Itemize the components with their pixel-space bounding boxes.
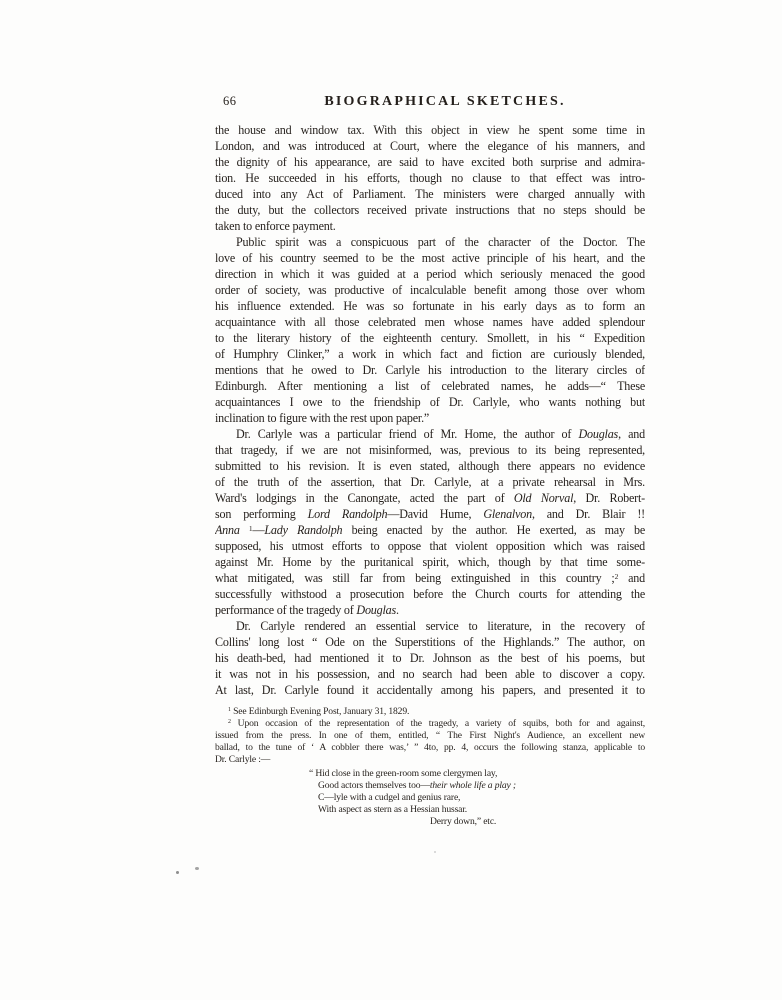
text-line: issued from the press. In one of them, e… xyxy=(215,730,645,742)
footnote-verse: “ Hid close in the green-room some clerg… xyxy=(215,768,645,828)
text-line: successfully withstood a prosecution bef… xyxy=(215,586,645,602)
text-line: of Humphry Clinker,” a work in which fac… xyxy=(215,346,645,362)
text-line: of the truth of the assertion, that Dr. … xyxy=(215,474,645,490)
running-title: BIOGRAPHICAL SKETCHES. xyxy=(230,94,660,110)
text-line: taken to enforce payment. xyxy=(215,218,645,234)
text-line: Dr. Carlyle was a particular friend of M… xyxy=(215,426,645,442)
text-line: order of society, was productive of inca… xyxy=(215,282,645,298)
paragraph-public-spirit: Public spirit was a conspicuous part of … xyxy=(215,234,645,426)
text-line: 1 See Edinburgh Evening Post, January 31… xyxy=(215,706,645,718)
text-line: supposed, his utmost efforts to oppose t… xyxy=(215,538,645,554)
text-line: Dr. Carlyle rendered an essential servic… xyxy=(215,618,645,634)
text-line: acquaintances I owe to the friendship of… xyxy=(215,394,645,410)
scan-speck xyxy=(434,851,436,853)
text-line: With aspect as stern as a Hessian hussar… xyxy=(318,804,645,816)
text-line: that tragedy, if we are not misinformed,… xyxy=(215,442,645,458)
verse-lines: “ Hid close in the green-room some clerg… xyxy=(215,768,645,816)
paragraph-home-douglas: Dr. Carlyle was a particular friend of M… xyxy=(215,426,645,618)
text-line: Public spirit was a conspicuous part of … xyxy=(215,234,645,250)
running-header: 66 BIOGRAPHICAL SKETCHES. xyxy=(215,94,645,110)
text-line: Collins' long lost “ Ode on the Supersti… xyxy=(215,634,645,650)
verse-refrain: Derry down,” etc. xyxy=(430,816,645,828)
text-line: son performing Lord Randolph—David Hume,… xyxy=(215,506,645,522)
text-line: his influence extended. He was so fortun… xyxy=(215,298,645,314)
footnotes-section: 1 See Edinburgh Evening Post, January 31… xyxy=(215,706,645,828)
text-line: love of his country seemed to be the mos… xyxy=(215,250,645,266)
paragraph-house-window-tax: the house and window tax. With this obje… xyxy=(215,122,645,234)
text-line: tion. He succeeded in his efforts, thoug… xyxy=(215,170,645,186)
text-line: performance of the tragedy of Douglas. xyxy=(215,602,645,618)
text-line: direction in which it was guided at a pe… xyxy=(215,266,645,282)
text-line: submitted to his revision. It is even st… xyxy=(215,458,645,474)
book-page: 66 BIOGRAPHICAL SKETCHES. the house and … xyxy=(0,0,782,1000)
footnote-1: 1 See Edinburgh Evening Post, January 31… xyxy=(215,706,645,718)
text-line: London, and was introduced at Court, whe… xyxy=(215,138,645,154)
text-line: mentions that he owed to Dr. Carlyle his… xyxy=(215,362,645,378)
text-line: duced into any Act of Parliament. The mi… xyxy=(215,186,645,202)
text-line: against Mr. Home by the puritanical spir… xyxy=(215,554,645,570)
text-line: acquaintance with all those celebrated m… xyxy=(215,314,645,330)
text-line: to the literary history of the eighteent… xyxy=(215,330,645,346)
text-line: Anna 1—Lady Randolph being enacted by th… xyxy=(215,522,645,538)
text-line: Dr. Carlyle :— xyxy=(215,754,645,766)
text-line: inclination to figure with the rest upon… xyxy=(215,410,645,426)
paragraph-collins-ode: Dr. Carlyle rendered an essential servic… xyxy=(215,618,645,698)
text-line: his death-bed, had mentioned it to Dr. J… xyxy=(215,650,645,666)
text-line: ballad, to the tune of ‘ A cobbler there… xyxy=(215,742,645,754)
text-line: 2 Upon occasion of the representation of… xyxy=(215,718,645,730)
text-line: Good actors themselves too—their whole l… xyxy=(318,780,645,792)
text-line: Ward's lodgings in the Canongate, acted … xyxy=(215,490,645,506)
text-line: what mitigated, was still far from being… xyxy=(215,570,645,586)
scan-speck xyxy=(195,867,199,870)
text-line: C—lyle with a cudgel and genius rare, xyxy=(318,792,645,804)
text-line: the duty, but the collectors received pr… xyxy=(215,202,645,218)
text-line: the dignity of his appearance, are said … xyxy=(215,154,645,170)
text-line: Edinburgh. After mentioning a list of ce… xyxy=(215,378,645,394)
scan-speck xyxy=(176,871,179,874)
text-line: At last, Dr. Carlyle found it accidental… xyxy=(215,682,645,698)
page-body: the house and window tax. With this obje… xyxy=(215,122,645,698)
text-line: it was not in his possession, and no sea… xyxy=(215,666,645,682)
text-line: the house and window tax. With this obje… xyxy=(215,122,645,138)
footnote-2: 2 Upon occasion of the representation of… xyxy=(215,718,645,766)
text-line: “ Hid close in the green-room some clerg… xyxy=(309,768,645,780)
